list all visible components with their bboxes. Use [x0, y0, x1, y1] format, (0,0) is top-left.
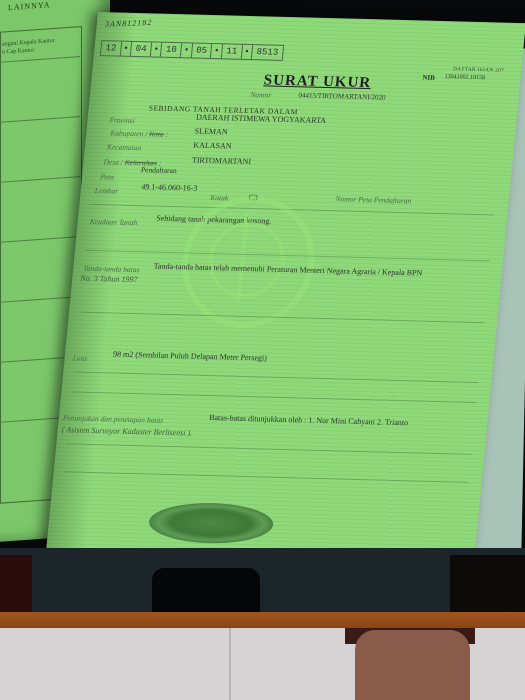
penunjukan-value: Batas-batas ditunjukkan oleh : 1. Nur Mi… — [209, 413, 409, 427]
number-box: 8513 — [252, 45, 283, 60]
number-box: 04 — [131, 42, 152, 56]
serial-number: 3AN812182 — [105, 18, 153, 29]
desa-value: TIRTOMARTANI — [192, 156, 252, 167]
nomor-label: Nomor — [250, 90, 272, 100]
nomor-value: 04415/TIRTOMARTANI/2020 — [298, 91, 386, 101]
security-rosette — [147, 502, 275, 545]
tray — [0, 548, 525, 614]
struck-text: Kota — [149, 129, 164, 138]
table-edge — [0, 612, 525, 628]
kabupaten-value: SLEMAN — [194, 127, 228, 137]
tray-left-object — [0, 555, 32, 615]
number-box: 11 — [222, 44, 243, 58]
divider — [66, 443, 471, 455]
kabupaten-label: Kabupaten / Kota : — [110, 128, 169, 138]
lembar-value: 49.1-46.060-16-3 — [141, 182, 198, 192]
luas-label: Luas — [72, 353, 87, 362]
tray-handle-cutout — [152, 568, 260, 614]
divider — [73, 371, 478, 383]
divider — [64, 471, 469, 483]
nib-label: NIB — [422, 74, 435, 82]
divider — [71, 391, 476, 403]
hand — [355, 630, 470, 700]
lembar-label: Lembar — [94, 186, 118, 196]
surat-ukur-page: 3AN812182 12 • 04 • 10 • 05 • 11 • 8513 … — [46, 12, 525, 562]
nib-value: 13041002.10158 — [444, 74, 485, 81]
luas-value: 98 m2 (Sembilan Puluh Delapan Meter Pers… — [113, 350, 268, 363]
kecamatan-label: Kecamatan — [107, 142, 142, 152]
tanda-batas-value-cont: No. 3 Tahun 1997 — [80, 274, 138, 284]
photo-scene: LAINNYA angani Kepala Kantor n Cap Kanto… — [0, 0, 525, 700]
number-box: 05 — [191, 43, 212, 57]
provinsi-label: Provinsi — [109, 115, 135, 125]
provinsi-value: DAERAH ISTIMEWA YOGYAKARTA — [196, 113, 327, 125]
left-page-heading: LAINNYA — [8, 0, 51, 12]
peta-value: Pendaftaran — [141, 165, 178, 175]
document-title: SURAT UKUR — [263, 72, 372, 92]
keadaan-tanah-label: Keadaan Tanah — [89, 217, 137, 227]
nomor-peta-label: Nomor Peta Pendaftaran — [335, 194, 412, 205]
tanda-batas-label: Tanda-tanda batas — [83, 264, 140, 274]
kecamatan-value: KALASAN — [193, 141, 232, 151]
tray-right-object — [450, 555, 525, 615]
number-box: 12 — [101, 41, 122, 55]
floor-seam — [229, 628, 231, 700]
peta-label: Peta — [100, 172, 115, 181]
number-box: 10 — [161, 43, 182, 57]
register-label: DAFTAR ISIAN 207 — [453, 67, 504, 73]
